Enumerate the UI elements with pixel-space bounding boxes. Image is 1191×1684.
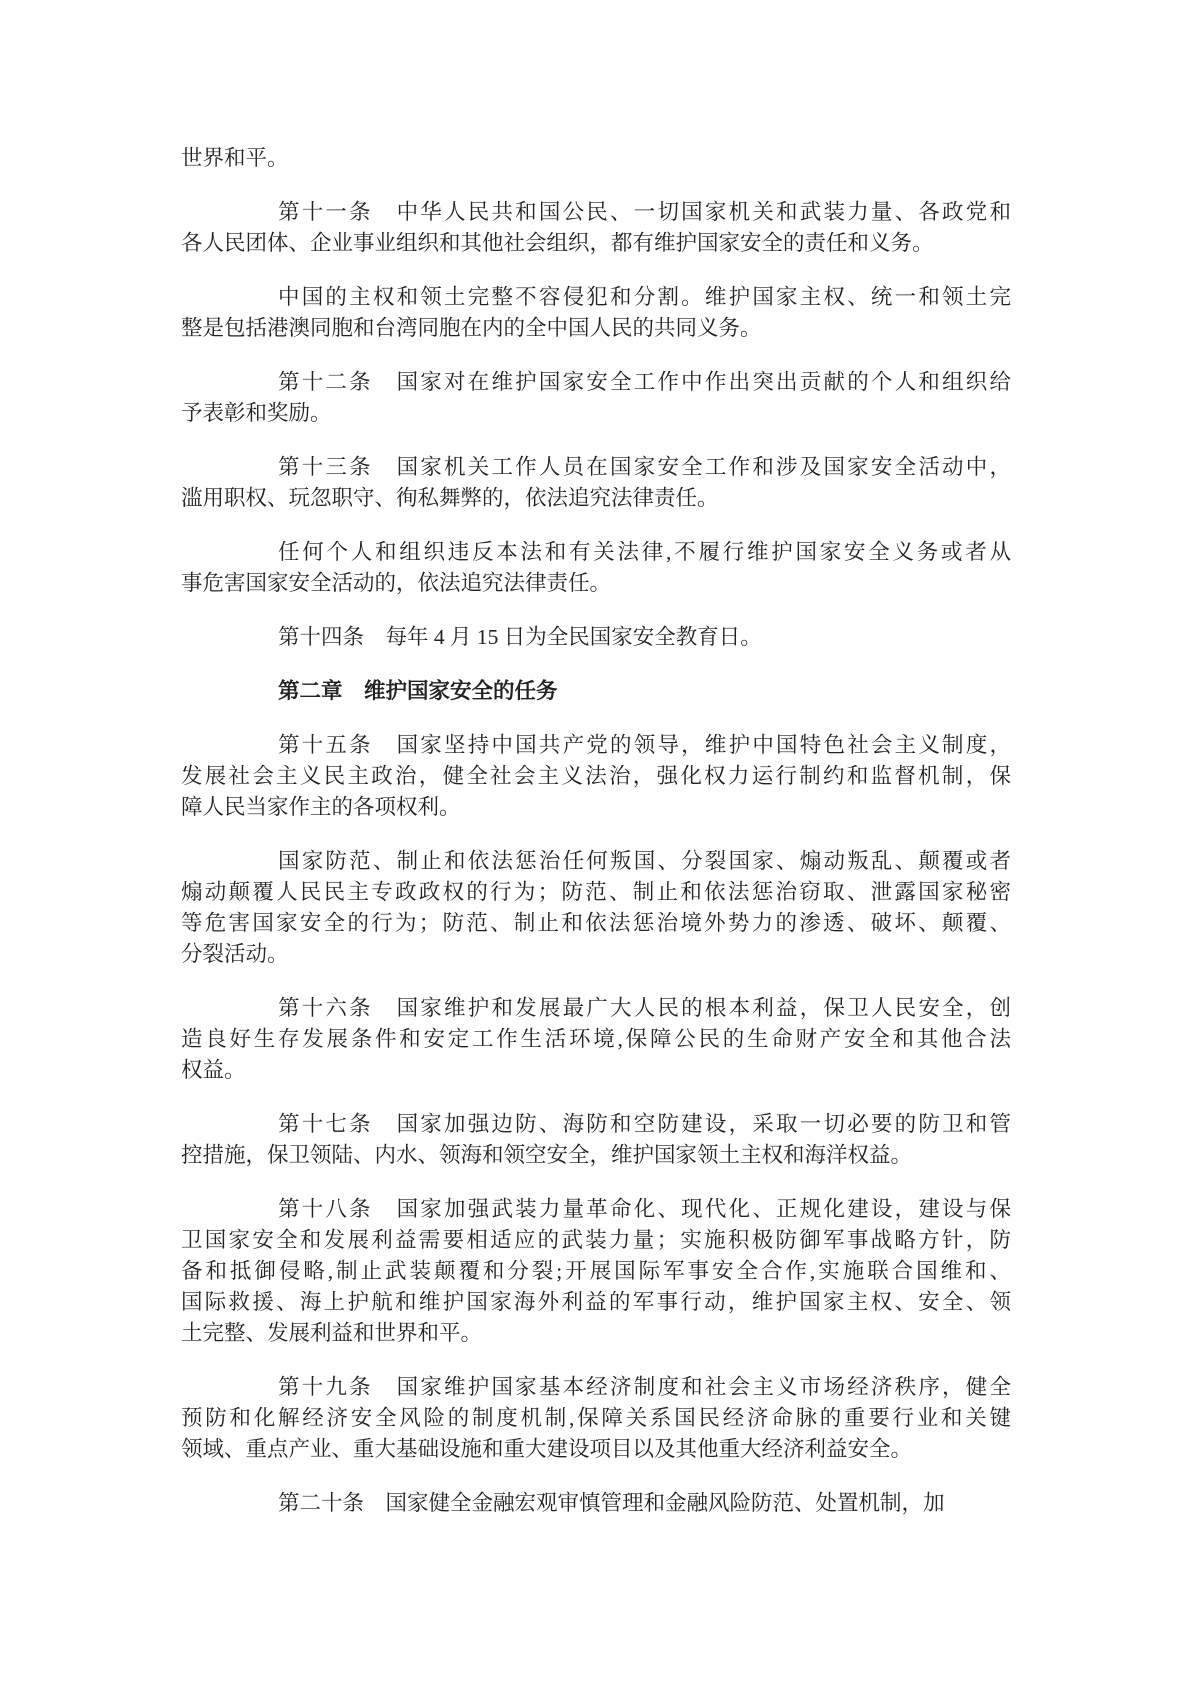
- text-line: 第十五条 国家坚持中国共产党的领导，维护中国特色社会主义制度，: [181, 730, 1011, 761]
- text-line: 国家防范、制止和依法惩治任何叛国、分裂国家、煽动叛乱、颠覆或者: [181, 846, 1011, 877]
- paragraph: 第十九条 国家维护国家基本经济制度和社会主义市场经济秩序，健全预防和化解经济安全…: [181, 1372, 1011, 1465]
- text-line: 第十二条 国家对在维护国家安全工作中作出突出贡献的个人和组织给: [181, 367, 1011, 398]
- paragraph: 第十八条 国家加强武装力量革命化、现代化、正规化建设，建设与保卫国家安全和发展利…: [181, 1194, 1011, 1349]
- paragraph: 国家防范、制止和依法惩治任何叛国、分裂国家、煽动叛乱、颠覆或者煽动颠覆人民民主专…: [181, 846, 1011, 970]
- paragraph: 第十五条 国家坚持中国共产党的领导，维护中国特色社会主义制度，发展社会主义民主政…: [181, 730, 1011, 823]
- paragraph: 第十七条 国家加强边防、海防和空防建设，采取一切必要的防卫和管控措施，保卫领陆、…: [181, 1109, 1011, 1171]
- text-line: 第十四条 每年 4 月 15 日为全民国家安全教育日。: [181, 622, 1011, 653]
- chapter-heading: 第二章 维护国家安全的任务: [181, 676, 1011, 707]
- paragraph: 世界和平。: [181, 143, 1011, 174]
- text-line: 事危害国家安全活动的，依法追究法律责任。: [181, 568, 1011, 599]
- paragraph: 任何个人和组织违反本法和有关法律,不履行维护国家安全义务或者从事危害国家安全活动…: [181, 537, 1011, 599]
- paragraph: 第十四条 每年 4 月 15 日为全民国家安全教育日。: [181, 622, 1011, 653]
- text-line: 滥用职权、玩忽职守、徇私舞弊的，依法追究法律责任。: [181, 483, 1011, 514]
- text-line: 发展社会主义民主政治，健全社会主义法治，强化权力运行制约和监督机制，保: [181, 761, 1011, 792]
- text-line: 第十八条 国家加强武装力量革命化、现代化、正规化建设，建设与保: [181, 1194, 1011, 1225]
- text-line: 第十一条 中华人民共和国公民、一切国家机关和武装力量、各政党和: [181, 197, 1011, 228]
- text-line: 第十六条 国家维护和发展最广大人民的根本利益，保卫人民安全，创: [181, 993, 1011, 1024]
- text-line: 第二十条 国家健全金融宏观审慎管理和金融风险防范、处置机制，加: [181, 1488, 1011, 1519]
- text-line: 各人民团体、企业事业组织和其他社会组织，都有维护国家安全的责任和义务。: [181, 228, 1011, 259]
- document-body: 世界和平。第十一条 中华人民共和国公民、一切国家机关和武装力量、各政党和各人民团…: [0, 0, 1191, 1519]
- text-line: 第十七条 国家加强边防、海防和空防建设，采取一切必要的防卫和管: [181, 1109, 1011, 1140]
- text-line: 第十九条 国家维护国家基本经济制度和社会主义市场经济秩序，健全: [181, 1372, 1011, 1403]
- text-line: 世界和平。: [181, 143, 1011, 174]
- text-line: 卫国家安全和发展利益需要相适应的武装力量；实施积极防御军事战略方针，防: [181, 1225, 1011, 1256]
- text-line: 权益。: [181, 1055, 1011, 1086]
- paragraph: 第二十条 国家健全金融宏观审慎管理和金融风险防范、处置机制，加: [181, 1488, 1011, 1519]
- text-line: 第十三条 国家机关工作人员在国家安全工作和涉及国家安全活动中，: [181, 452, 1011, 483]
- text-line: 任何个人和组织违反本法和有关法律,不履行维护国家安全义务或者从: [181, 537, 1011, 568]
- text-line: 中国的主权和领土完整不容侵犯和分割。维护国家主权、统一和领土完: [181, 282, 1011, 313]
- text-line: 控措施，保卫领陆、内水、领海和领空安全，维护国家领土主权和海洋权益。: [181, 1140, 1011, 1171]
- text-line: 障人民当家作主的各项权利。: [181, 792, 1011, 823]
- paragraph: 第十六条 国家维护和发展最广大人民的根本利益，保卫人民安全，创造良好生存发展条件…: [181, 993, 1011, 1086]
- text-line: 整是包括港澳同胞和台湾同胞在内的全中国人民的共同义务。: [181, 313, 1011, 344]
- text-line: 土完整、发展利益和世界和平。: [181, 1318, 1011, 1349]
- text-line: 预防和化解经济安全风险的制度机制,保障关系国民经济命脉的重要行业和关键: [181, 1403, 1011, 1434]
- document-page: 世界和平。第十一条 中华人民共和国公民、一切国家机关和武装力量、各政党和各人民团…: [0, 0, 1191, 1684]
- paragraph: 中国的主权和领土完整不容侵犯和分割。维护国家主权、统一和领土完整是包括港澳同胞和…: [181, 282, 1011, 344]
- paragraph: 第十三条 国家机关工作人员在国家安全工作和涉及国家安全活动中，滥用职权、玩忽职守…: [181, 452, 1011, 514]
- text-line: 备和抵御侵略,制止武装颠覆和分裂;开展国际军事安全合作,实施联合国维和、: [181, 1256, 1011, 1287]
- text-line: 国际救援、海上护航和维护国家海外利益的军事行动，维护国家主权、安全、领: [181, 1287, 1011, 1318]
- text-line: 等危害国家安全的行为；防范、制止和依法惩治境外势力的渗透、破坏、颠覆、: [181, 908, 1011, 939]
- text-line: 分裂活动。: [181, 939, 1011, 970]
- text-line: 第二章 维护国家安全的任务: [181, 676, 1011, 707]
- paragraph: 第十二条 国家对在维护国家安全工作中作出突出贡献的个人和组织给予表彰和奖励。: [181, 367, 1011, 429]
- paragraph: 第十一条 中华人民共和国公民、一切国家机关和武装力量、各政党和各人民团体、企业事…: [181, 197, 1011, 259]
- text-line: 予表彰和奖励。: [181, 398, 1011, 429]
- text-line: 领域、重点产业、重大基础设施和重大建设项目以及其他重大经济利益安全。: [181, 1434, 1011, 1465]
- text-line: 煽动颠覆人民民主专政政权的行为；防范、制止和依法惩治窃取、泄露国家秘密: [181, 877, 1011, 908]
- text-line: 造良好生存发展条件和安定工作生活环境,保障公民的生命财产安全和其他合法: [181, 1024, 1011, 1055]
